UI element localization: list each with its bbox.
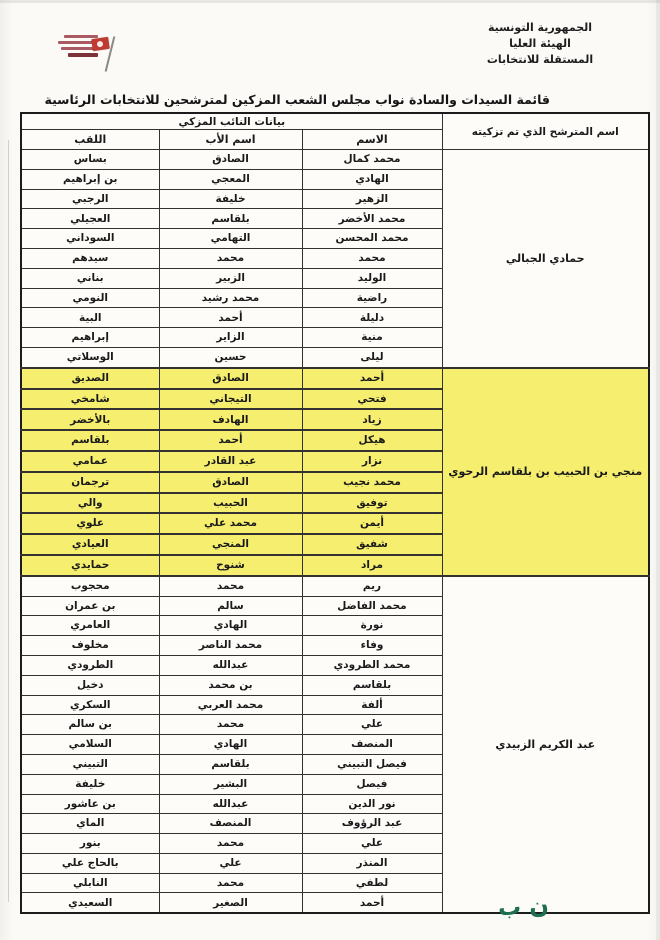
deputy-father-name-cell: علي xyxy=(159,853,302,873)
deputy-first-name-cell: ريم xyxy=(302,576,442,596)
deputy-surname-cell: خليفة xyxy=(21,774,159,794)
deputy-surname-cell: الرجبي xyxy=(21,189,159,209)
deputy-first-name-cell: فيصل التبيني xyxy=(302,754,442,774)
deputy-father-name-cell: الزاير xyxy=(159,328,302,348)
deputy-first-name-cell: منية xyxy=(302,328,442,348)
candidate-name-cell: منجي بن الحبيب بن بلقاسم الرحوي xyxy=(442,368,649,576)
deputy-father-name-cell: محمد علي xyxy=(159,513,302,534)
deputy-first-name-cell: أحمد xyxy=(302,368,442,389)
deputy-father-name-cell: محمد العربي xyxy=(159,695,302,715)
deputy-surname-cell: الماي xyxy=(21,814,159,834)
deputy-surname-cell: التبيني xyxy=(21,754,159,774)
deputy-father-name-cell: المنجي xyxy=(159,534,302,555)
surname-column-header: اللقب xyxy=(21,130,159,150)
deputy-father-name-cell: البشير xyxy=(159,774,302,794)
deputies-tbody: حمادي الجباليمحمد كمالالصادقبساسالهاديال… xyxy=(21,150,649,914)
deputy-first-name-cell: الوليد xyxy=(302,268,442,288)
endorsements-table: اسم المترشح الذي تم تزكيته بيانات النائب… xyxy=(20,112,650,914)
deputy-father-name-cell: بلقاسم xyxy=(159,754,302,774)
deputy-father-name-cell: محمد xyxy=(159,248,302,268)
deputy-first-name-cell: نزار xyxy=(302,451,442,472)
org-header: الجمهورية التونسية الهيئة العليا المستقل… xyxy=(440,20,640,68)
deputy-surname-cell: بالأخضر xyxy=(21,409,159,430)
deputy-father-name-cell: الهادي xyxy=(159,616,302,636)
deputy-surname-cell: العيادي xyxy=(21,534,159,555)
deputy-surname-cell: بن إبراهيم xyxy=(21,169,159,189)
first-name-column-header: الاسم xyxy=(302,130,442,150)
deputy-surname-cell: العامري xyxy=(21,616,159,636)
deputy-father-name-cell: عبدالله xyxy=(159,655,302,675)
deputy-father-name-cell: بن محمد xyxy=(159,675,302,695)
deputy-father-name-cell: عبد القادر xyxy=(159,451,302,472)
org-line-authority: الهيئة العليا xyxy=(440,36,640,52)
deputy-surname-cell: السكري xyxy=(21,695,159,715)
deputy-father-name-cell: المعجي xyxy=(159,169,302,189)
deputy-father-name-cell: المنصف xyxy=(159,814,302,834)
deputy-surname-cell: بن عمران xyxy=(21,596,159,616)
deputy-father-name-cell: الهادف xyxy=(159,409,302,430)
deputy-surname-cell: السوداني xyxy=(21,229,159,249)
deputy-surname-cell: النابلي xyxy=(21,873,159,893)
table-row: منجي بن الحبيب بن بلقاسم الرحويأحمدالصاد… xyxy=(21,368,649,389)
deputy-first-name-cell: هيكل xyxy=(302,430,442,451)
deputy-surname-cell: بالحاج علي xyxy=(21,853,159,873)
deputy-surname-cell: السلامي xyxy=(21,735,159,755)
deputy-first-name-cell: أحمد xyxy=(302,893,442,913)
deputy-surname-cell: ترجمان xyxy=(21,472,159,493)
deputy-surname-cell: بساس xyxy=(21,150,159,170)
deputy-first-name-cell: عبد الرؤوف xyxy=(302,814,442,834)
deputy-first-name-cell: علي xyxy=(302,715,442,735)
deputy-surname-cell: بلقاسم xyxy=(21,430,159,451)
deputy-father-name-cell: أحمد xyxy=(159,308,302,328)
deputy-surname-cell: شامخي xyxy=(21,389,159,410)
deputy-surname-cell: إبراهيم xyxy=(21,328,159,348)
deputy-first-name-cell: المنذر xyxy=(302,853,442,873)
father-name-column-header: اسم الأب xyxy=(159,130,302,150)
deputy-first-name-cell: محمد المحسن xyxy=(302,229,442,249)
deputy-first-name-cell: ألفة xyxy=(302,695,442,715)
deputy-first-name-cell: علي xyxy=(302,834,442,854)
deputy-father-name-cell: التهامي xyxy=(159,229,302,249)
deputy-first-name-cell: توفيق xyxy=(302,493,442,514)
deputy-surname-cell: النومي xyxy=(21,288,159,308)
deputy-surname-cell: بن سالم xyxy=(21,715,159,735)
deputy-surname-cell: العجيلي xyxy=(21,209,159,229)
deputy-father-name-cell: الصادق xyxy=(159,150,302,170)
deputy-first-name-cell: محمد كمال xyxy=(302,150,442,170)
deputy-first-name-cell: فيصل xyxy=(302,774,442,794)
deputy-first-name-cell: محمد الفاضل xyxy=(302,596,442,616)
deputy-surname-cell: الصديق xyxy=(21,368,159,389)
table-header: اسم المترشح الذي تم تزكيته بيانات النائب… xyxy=(21,113,649,150)
deputy-father-name-cell: الهادي xyxy=(159,735,302,755)
candidate-column-header: اسم المترشح الذي تم تزكيته xyxy=(442,113,649,150)
deputy-father-name-cell: محمد xyxy=(159,715,302,735)
deputy-father-name-cell: الحبيب xyxy=(159,493,302,514)
deputy-first-name-cell: محمد نجيب xyxy=(302,472,442,493)
deputy-surname-cell: والي xyxy=(21,493,159,514)
table-row: عبد الكريم الزبيديريممحمدمحجوب xyxy=(21,576,649,596)
deputy-surname-cell: الوسلاتي xyxy=(21,347,159,367)
deputy-first-name-cell: المنصف xyxy=(302,735,442,755)
deputy-father-name-cell: محمد رشيد xyxy=(159,288,302,308)
deputy-father-name-cell: سالم xyxy=(159,596,302,616)
deputy-first-name-cell: زياد xyxy=(302,409,442,430)
deputy-first-name-cell: مراد xyxy=(302,555,442,576)
deputy-father-name-cell: حسين xyxy=(159,347,302,367)
deputy-first-name-cell: دليلة xyxy=(302,308,442,328)
deputy-father-name-cell: الصغير xyxy=(159,893,302,913)
deputy-father-name-cell: محمد الناصر xyxy=(159,636,302,656)
deputy-father-name-cell: محمد xyxy=(159,873,302,893)
deputy-first-name-cell: شفيق xyxy=(302,534,442,555)
candidate-name-cell: حمادي الجبالي xyxy=(442,150,649,368)
deputy-first-name-cell: نورة xyxy=(302,616,442,636)
deputy-surname-cell: البية xyxy=(21,308,159,328)
org-line-elections: المستقلة للانتخابات xyxy=(440,52,640,68)
deputy-surname-cell: عمامي xyxy=(21,451,159,472)
document-title: قائمة السيدات والسادة نواب مجلس الشعب ال… xyxy=(120,92,550,107)
deputy-first-name-cell: محمد xyxy=(302,248,442,268)
deputy-first-name-cell: نور الدين xyxy=(302,794,442,814)
scan-left-line-artifact xyxy=(8,140,9,902)
deputy-surname-cell: حمايدي xyxy=(21,555,159,576)
deputy-father-name-cell: محمد xyxy=(159,834,302,854)
deputy-first-name-cell: ليلى xyxy=(302,347,442,367)
tunisia-flag-icon xyxy=(91,37,110,51)
deputy-first-name-cell: محمد الطرودي xyxy=(302,655,442,675)
deputy-surname-cell: السعيدي xyxy=(21,893,159,913)
deputy-first-name-cell: لطفي xyxy=(302,873,442,893)
deputy-father-name-cell: الصادق xyxy=(159,368,302,389)
deputy-first-name-cell: بلقاسم xyxy=(302,675,442,695)
deputy-first-name-cell: راضية xyxy=(302,288,442,308)
deputy-first-name-cell: الهادي xyxy=(302,169,442,189)
deputy-first-name-cell: أيمن xyxy=(302,513,442,534)
deputy-father-name-cell: محمد xyxy=(159,576,302,596)
table-row: حمادي الجباليمحمد كمالالصادقبساس xyxy=(21,150,649,170)
deputy-surname-cell: دخيل xyxy=(21,675,159,695)
scanned-page: الجمهورية التونسية الهيئة العليا المستقل… xyxy=(0,0,660,940)
org-line-republic: الجمهورية التونسية xyxy=(440,20,640,36)
deputy-father-name-cell: خليفة xyxy=(159,189,302,209)
scan-right-shade-artifact xyxy=(656,0,660,940)
deputy-father-name-cell: عبدالله xyxy=(159,794,302,814)
deputy-surname-cell: علوي xyxy=(21,513,159,534)
deputy-first-name-cell: وفاء xyxy=(302,636,442,656)
deputy-surname-cell: مخلوف xyxy=(21,636,159,656)
deputy-surname-cell: محجوب xyxy=(21,576,159,596)
deputy-surname-cell: سيدهم xyxy=(21,248,159,268)
deputy-surname-cell: بنور xyxy=(21,834,159,854)
deputy-father-name-cell: الصادق xyxy=(159,472,302,493)
deputy-surname-cell: الطرودي xyxy=(21,655,159,675)
deputy-surname-cell: بناني xyxy=(21,268,159,288)
deputy-father-name-cell: الزبير xyxy=(159,268,302,288)
deputy-father-name-cell: التيجاني xyxy=(159,389,302,410)
scan-edge-artifact xyxy=(0,0,660,3)
deputy-info-group-header: بيانات النائب المزكي xyxy=(21,113,442,130)
deputy-surname-cell: بن عاشور xyxy=(21,794,159,814)
deputy-first-name-cell: الزهير xyxy=(302,189,442,209)
isie-logo xyxy=(52,22,122,78)
deputy-first-name-cell: فتحي xyxy=(302,389,442,410)
candidate-name-cell: عبد الكريم الزبيدي xyxy=(442,576,649,914)
handwritten-green-note: ن ب xyxy=(497,893,549,922)
deputy-father-name-cell: بلقاسم xyxy=(159,209,302,229)
deputy-first-name-cell: محمد الأخضر xyxy=(302,209,442,229)
deputy-father-name-cell: شنوح xyxy=(159,555,302,576)
deputy-father-name-cell: أحمد xyxy=(159,430,302,451)
